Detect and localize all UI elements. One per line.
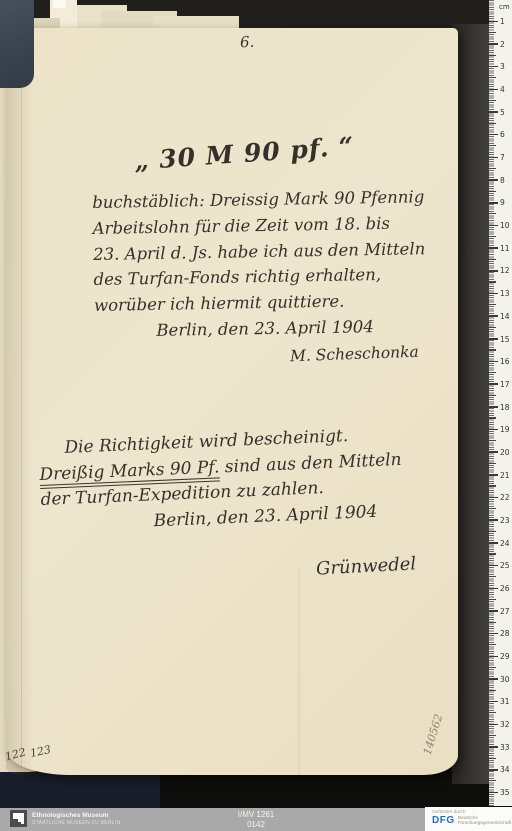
ruler-mark xyxy=(489,724,498,726)
museum-name: Ethnologisches Museum xyxy=(32,812,120,820)
ruler-mark xyxy=(489,395,496,396)
ruler-mark xyxy=(489,191,496,192)
ruler-mark xyxy=(489,66,498,68)
ruler-mark xyxy=(489,55,496,56)
dfg-org-line: Forschungsgemeinschaft xyxy=(458,821,512,827)
page-crease xyxy=(21,32,23,770)
ruler-mark: 9 xyxy=(500,198,505,207)
ruler-mark xyxy=(489,542,498,544)
ruler-mark xyxy=(489,508,496,509)
ruler-mark xyxy=(489,531,496,532)
ruler-mark xyxy=(489,338,498,340)
ruler-mark xyxy=(489,236,496,237)
funding-prefix: Gefördert durch xyxy=(432,810,512,815)
museum-org: STAATLICHE MUSEEN ZU BERLIN xyxy=(32,820,120,826)
ruler-mark xyxy=(489,111,498,113)
ruler-mark: 18 xyxy=(500,403,510,412)
ruler-mark xyxy=(489,372,496,373)
ruler-mark xyxy=(489,32,496,33)
ruler-mark: 6 xyxy=(500,130,505,139)
ruler-mm-ticks xyxy=(489,0,494,806)
ruler-mark xyxy=(489,599,496,600)
ruler-mark xyxy=(489,474,498,476)
ruler-mark xyxy=(489,270,498,272)
certification-line-rest: sind aus den Mitteln xyxy=(219,449,402,477)
ruler-mark xyxy=(489,429,498,431)
ruler-mark: 34 xyxy=(500,765,510,774)
ruler-mark: 30 xyxy=(500,675,510,684)
ruler-mark xyxy=(489,758,496,759)
ruler-mark xyxy=(489,610,498,612)
ruler-mark xyxy=(489,145,496,146)
ruler-mark xyxy=(489,202,498,204)
ruler-mark: 10 xyxy=(500,221,510,230)
ruler-mark xyxy=(489,644,496,645)
ruler-mark: 5 xyxy=(500,108,505,117)
ruler-mark xyxy=(489,712,496,713)
cm-ruler: cm 1234567891011121314151617181920212223… xyxy=(489,0,512,806)
ruler-mark: 31 xyxy=(500,697,510,706)
ruler-mark xyxy=(489,485,496,486)
ruler-mark xyxy=(489,383,498,385)
ruler-mark: 32 xyxy=(500,720,510,729)
ruler-mark xyxy=(489,406,498,408)
ruler-mark xyxy=(489,735,496,736)
certification-text-block: Die Richtigkeit wird bescheinigt. Dreißi… xyxy=(38,419,478,539)
dfg-logo: DFG xyxy=(432,816,455,826)
ruler-mark xyxy=(489,134,498,136)
museum-badge-text: Ethnologisches Museum STAATLICHE MUSEEN … xyxy=(32,812,120,826)
ruler-mark xyxy=(489,315,498,317)
ruler-mark xyxy=(489,565,498,567)
ruler-mark: 23 xyxy=(500,516,510,525)
ruler-mark: 26 xyxy=(500,584,510,593)
ruler-mark xyxy=(489,281,496,282)
ruler-mark xyxy=(489,576,496,577)
ruler-mark xyxy=(489,519,498,521)
ruler-mark: 13 xyxy=(500,289,510,298)
ruler-mark: 28 xyxy=(500,629,510,638)
receipt-text-block: buchstäblich: Dreissig Mark 90 Pfennig A… xyxy=(92,184,467,345)
ruler-mark: 8 xyxy=(500,176,505,185)
ruler-mark xyxy=(489,304,496,305)
ruler-mark xyxy=(489,440,496,441)
page-edge-shadow xyxy=(452,24,492,784)
ruler-mark: 4 xyxy=(500,85,505,94)
ruler-mark xyxy=(489,656,498,658)
ruler-mark xyxy=(489,417,496,418)
ruler-mark xyxy=(489,667,496,668)
ruler-mark xyxy=(489,678,498,680)
background-corner-top-left xyxy=(0,0,34,88)
ruler-mark: 22 xyxy=(500,493,510,502)
ruler-mark xyxy=(489,157,498,159)
ruler-mark: 27 xyxy=(500,607,510,616)
scan-viewport: 6. „ 30 M 90 pf. “ buchstäblich: Dreissi… xyxy=(0,0,512,831)
ruler-mark xyxy=(489,21,498,23)
ruler-mark xyxy=(489,349,496,350)
museum-badge: Ethnologisches Museum STAATLICHE MUSEEN … xyxy=(10,810,120,827)
ruler-mark xyxy=(489,361,498,363)
ruler-mark xyxy=(489,77,496,78)
ruler-mark xyxy=(489,123,496,124)
ruler-mark xyxy=(489,622,496,623)
ruler-mark: 1 xyxy=(500,17,505,26)
ruler-mark xyxy=(489,633,498,635)
ruler-mark xyxy=(489,792,498,794)
ruler-mark xyxy=(489,553,496,554)
ruler-mark: 21 xyxy=(500,471,510,480)
ruler-mark xyxy=(489,746,498,748)
ruler-mark xyxy=(489,780,496,781)
ruler-unit-label: cm xyxy=(499,3,510,11)
ruler-mark: 25 xyxy=(500,561,510,570)
ruler-mark: 15 xyxy=(500,335,510,344)
ruler-mark xyxy=(489,701,498,703)
ruler-mark: 7 xyxy=(500,153,505,162)
gutter-shading xyxy=(6,28,34,775)
ruler-mark xyxy=(489,100,496,101)
ruler-mark: 35 xyxy=(500,788,510,797)
museum-logo-icon xyxy=(10,810,27,827)
ruler-mark: 19 xyxy=(500,425,510,434)
ruler-mark: 12 xyxy=(500,266,510,275)
ruler-mark xyxy=(489,690,496,691)
ruler-mark xyxy=(489,588,498,590)
ruler-mark: 29 xyxy=(500,652,510,661)
dfg-funding-card: Gefördert durch DFG Deutsche Forschungsg… xyxy=(425,807,512,831)
ruler-mark xyxy=(489,89,498,91)
museum-logo-step xyxy=(18,822,21,825)
ruler-mark xyxy=(489,213,496,214)
ruler-mark: 14 xyxy=(500,312,510,321)
ruler-mark xyxy=(489,497,498,499)
dfg-logo-row: DFG Deutsche Forschungsgemeinschaft xyxy=(432,816,512,827)
ruler-mark xyxy=(489,293,498,295)
ruler-mark xyxy=(489,327,496,328)
ruler-mark: 20 xyxy=(500,448,510,457)
ruler-mark: 11 xyxy=(500,244,510,253)
ruler-mark: 3 xyxy=(500,62,505,71)
ruler-mark: 2 xyxy=(500,40,505,49)
ruler-mark xyxy=(489,225,498,227)
ruler-mark xyxy=(489,247,498,249)
ruler-mark: 17 xyxy=(500,380,510,389)
ruler-mark xyxy=(489,168,496,169)
paper-fold xyxy=(298,568,300,798)
ruler-mark: 33 xyxy=(500,743,510,752)
dfg-org-name: Deutsche Forschungsgemeinschaft xyxy=(458,816,512,827)
ruler-mark: 16 xyxy=(500,357,510,366)
ruler-mark xyxy=(489,179,498,181)
handwritten-page-number: 6. xyxy=(240,33,255,52)
ruler-mark xyxy=(489,769,498,771)
ruler-mark xyxy=(489,463,496,464)
ruler-mark: 24 xyxy=(500,539,510,548)
ruler-mark xyxy=(489,259,496,260)
ruler-mark xyxy=(489,451,498,453)
stacked-page-edge xyxy=(53,0,66,8)
ruler-mark xyxy=(489,43,498,45)
